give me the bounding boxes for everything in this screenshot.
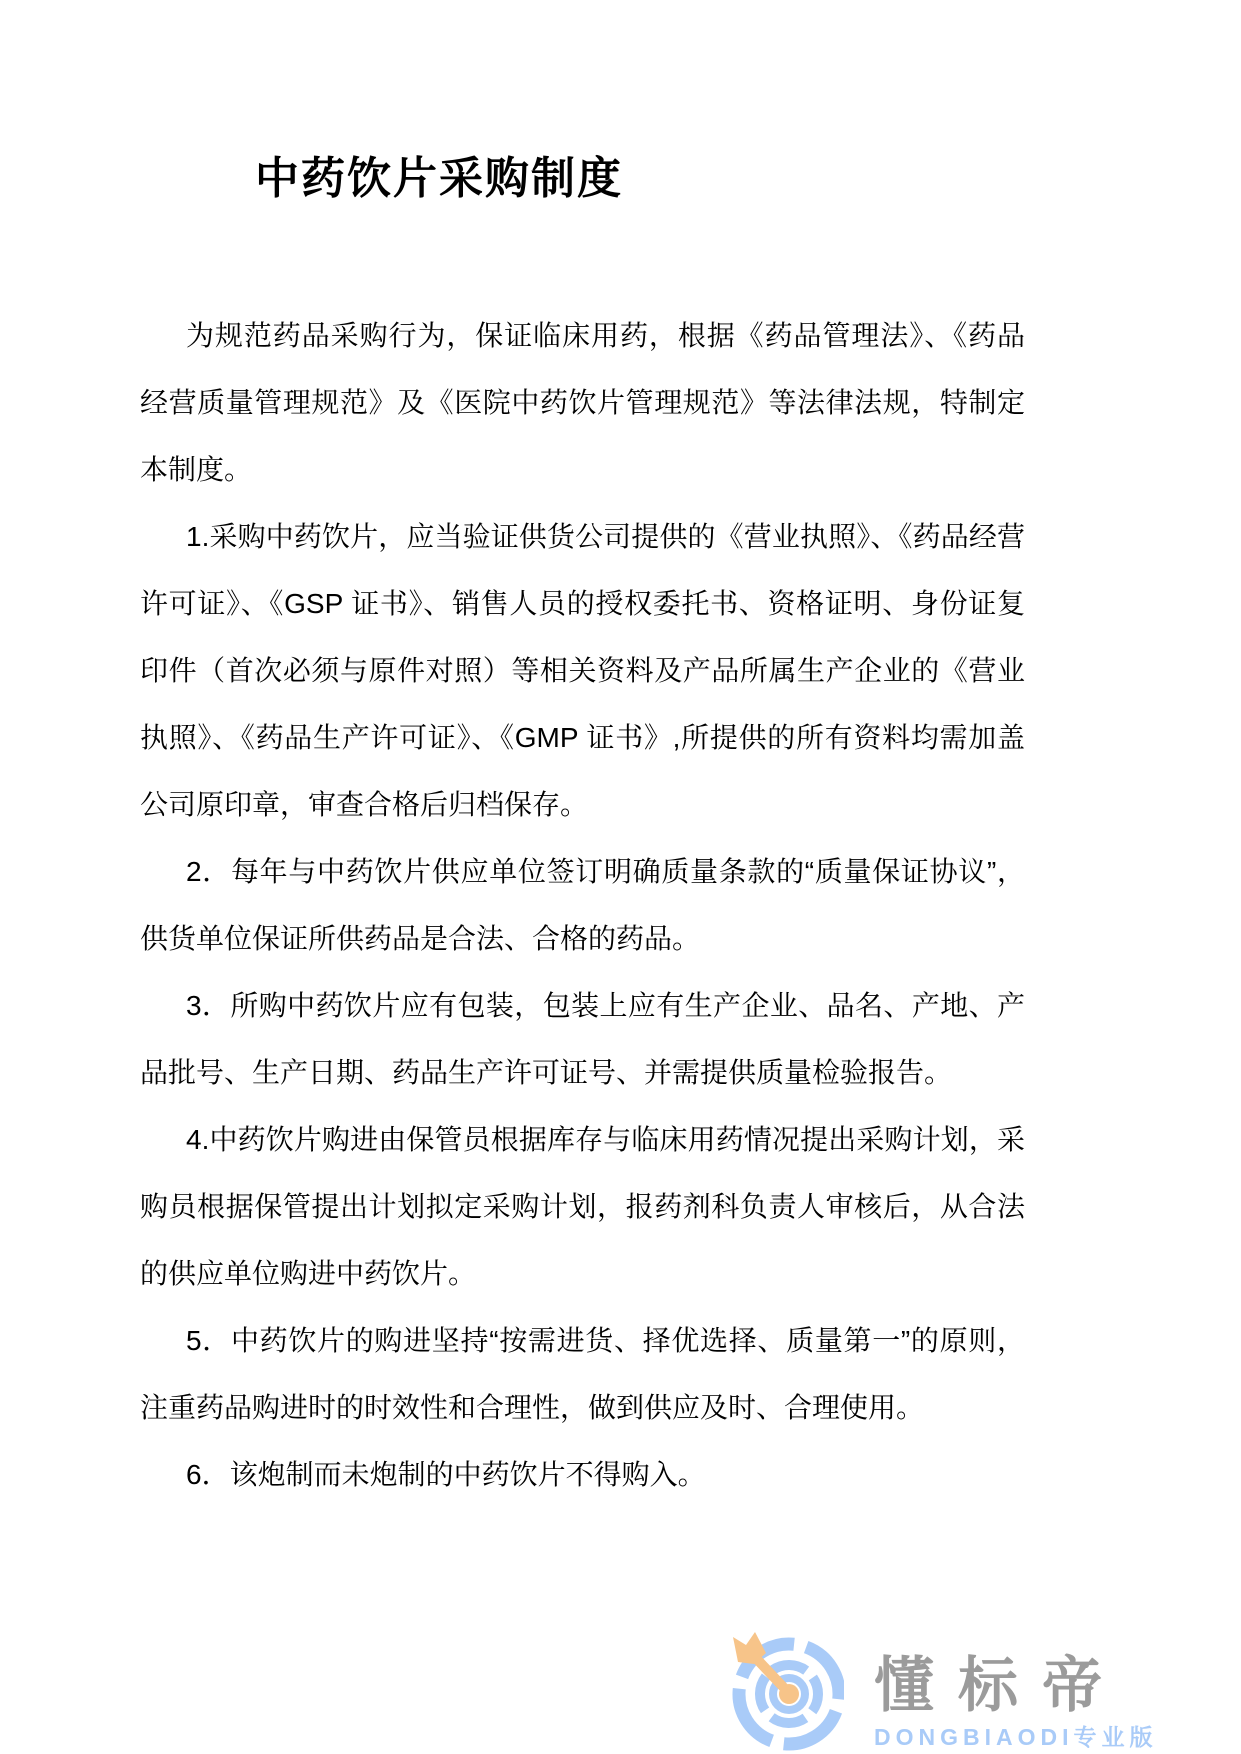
document-page: 中药饮片采购制度 为规范药品采购行为，保证临床用药，根据《药品管理法》、《药品经… <box>0 0 1241 1754</box>
watermark: 懂标帝 DONGBIAODI专业版 <box>730 1628 1210 1754</box>
paragraph: 3．所购中药饮片应有包装，包装上应有生产企业、品名、产地、产品批号、生产日期、药… <box>140 972 1025 1106</box>
document-content: 中药饮片采购制度 为规范药品采购行为，保证临床用药，根据《药品管理法》、《药品经… <box>140 0 1025 1508</box>
target-dart-icon <box>730 1628 844 1754</box>
brand-subtitle: DONGBIAODI专业版 <box>874 1724 1158 1750</box>
brand-name: 懂标帝 <box>874 1650 1158 1722</box>
paragraph: 2．每年与中药饮片供应单位签订明确质量条款的“质量保证协议”，供货单位保证所供药… <box>140 838 1025 972</box>
document-body: 为规范药品采购行为，保证临床用药，根据《药品管理法》、《药品经营质量管理规范》及… <box>140 302 1025 1508</box>
paragraph: 5．中药饮片的购进坚持“按需进货、择优选择、质量第一”的原则，注重药品购进时的时… <box>140 1307 1025 1441</box>
paragraph: 为规范药品采购行为，保证临床用药，根据《药品管理法》、《药品经营质量管理规范》及… <box>140 302 1025 503</box>
paragraph: 4.中药饮片购进由保管员根据库存与临床用药情况提出采购计划，采购员根据保管提出计… <box>140 1106 1025 1307</box>
paragraph: 1.采购中药饮片，应当验证供货公司提供的《营业执照》、《药品经营许可证》、《GS… <box>140 503 1025 838</box>
document-title: 中药饮片采购制度 <box>255 148 1025 210</box>
paragraph: 6．该炮制而未炮制的中药饮片不得购入。 <box>140 1441 1025 1508</box>
watermark-text: 懂标帝 DONGBIAODI专业版 <box>874 1628 1158 1750</box>
